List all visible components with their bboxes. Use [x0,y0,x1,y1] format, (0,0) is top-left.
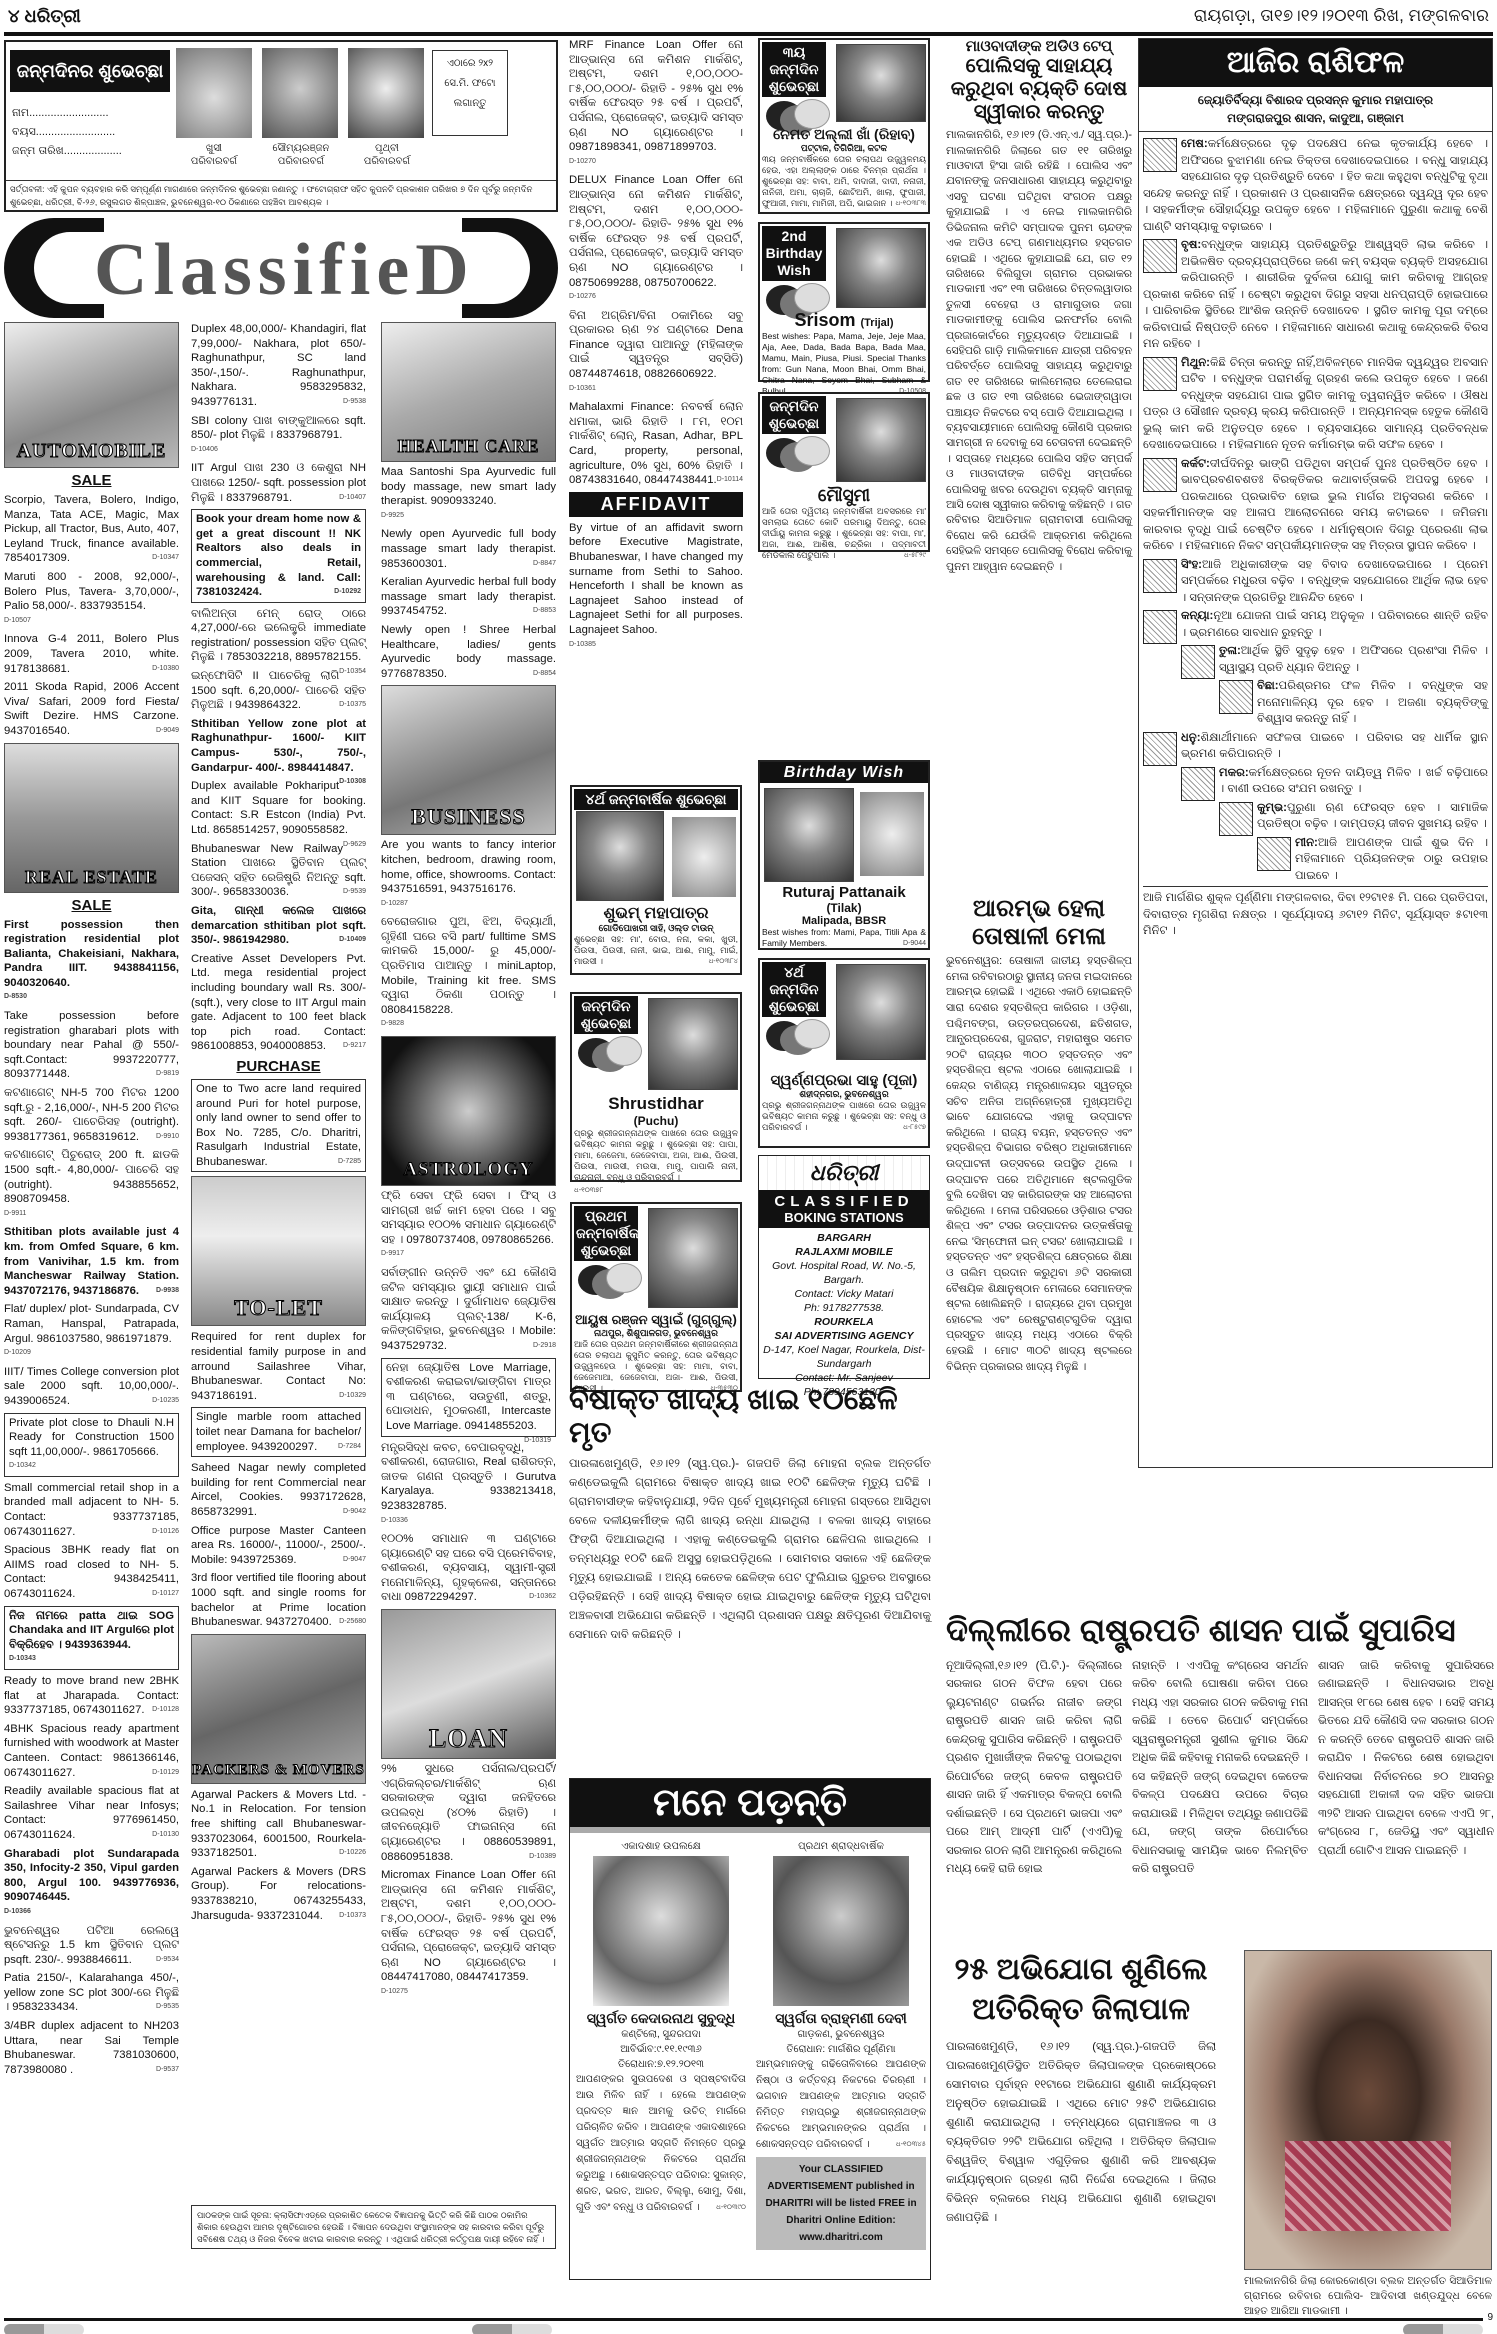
classified-ad: ନିଜ ନାମରେ patta ଥାଇ SOG Chandaka and IIT… [4,1606,179,1670]
classified-ad: MRF Finance Loan Offer ନୋ ଆଡ୍ଭାନ୍ସ ନୋ କମ… [569,38,743,169]
news-adm: ୨୫ ଅଭିଯୋଗ ଶୁଣିଲେ ଅତିରିକ୍ତ ଜିଲାପାଳ ପାରଳାଖ… [946,1950,1216,2228]
wish-nickname: (Tilak) [762,901,926,915]
business-ads: Are you wants to fancy interior kitchen,… [381,838,556,1032]
classified-ad: Keralian Ayurvedic herbal full body mass… [381,575,556,619]
coupon-dob-field[interactable]: ଜନ୍ମ ତାରିଖ................... [12,142,122,161]
horoscope-taurus: ବୃଷ:ବନ୍ଧୁଙ୍କ ସାହାଯ୍ୟ ପ୍ରତିଶ୍ରୁତିରୁ ଆଶ୍ୱସ… [1143,237,1488,353]
affidavit-heading: AFFIDAVIT [569,492,743,517]
finance-ads: MRF Finance Loan Offer ନୋ ଆଡ୍ଭାନ୍ସ ନୋ କମ… [569,38,743,488]
wish-place: ଶହୀଦ୍‌ନଗର, ଭୁବନେଶ୍ୱର [762,1089,926,1100]
news-delhi: ଦିଲ୍ଲୀରେ ରାଷ୍ଟ୍ରପତି ଶାସନ ପାଇଁ ସୁପାରିସ ନୂ… [946,1612,1494,1879]
wish-name: Shrustidhar [574,1094,738,1114]
wish-message: ଶୁଭେଚ୍ଛା ସହ: ମା', ବୋଉ, ନନା, କକା, ଖୁଡୀ, ପ… [574,934,738,967]
horoscope-cancer: କର୍କଟ:ଦୀର୍ଘଦିନରୁ ଭାଙ୍ଗି ପଡିଥିବା ସମ୍ପର୍କ … [1143,456,1488,555]
classified-ad: Are you wants to fancy interior kitchen,… [381,838,556,911]
astrology-image: ASTROLOGY [381,1036,556,1186]
classified-ad: ମନ୍ତ୍ରସିଦ୍ଧ କବଚ, ବେପାରବୃଦ୍ଧି, ବଶୀକରଣ, ରୋ… [381,1441,556,1529]
classified-ad: Book your dream home now & get a great d… [191,509,366,603]
footer-rule [4,2318,1483,2321]
reader-notice: ପାଠକଙ୍କ ପାଇଁ ସୂଚନା: କ୍ଲାସିଫାଏଡ୍‌ରେ ପ୍ରକା… [191,2205,556,2249]
classified-ad: Small commercial retail shop in a brande… [4,1481,179,1539]
column-automobile-realestate: AUTOMOBILE SALE Scorpio, Tavera, Bolero,… [4,322,179,2081]
horoscope-list: ମେଷ:କର୍ମକ୍ଷେତ୍ରରେ ଦୃଢ଼ ପଦକ୍ଷେପ ନେଇ କୃତକା… [1139,132,1492,946]
classified-ad: 4BHK Spacious ready apartment furnished … [4,1722,179,1780]
wish-message: ୩ୟ ଜନ୍ମବାର୍ଷିକରେ ତୋର ଚଲାପଥ ଉଜ୍ଜ୍ୱଳମୟ ହେଉ… [762,154,926,209]
classified-ad: Sthitiban Yellow zone plot at Raghunathp… [191,717,366,775]
coupon-photo-1 [176,48,252,138]
packers-image: PACKERS & MOVERS [191,1634,366,1784]
purchase-heading: PURCHASE [191,1058,366,1075]
child-photo [836,44,926,122]
realestate-image: REAL ESTATE [4,743,179,893]
wish-card-shrustidhar: ଜନ୍ମଦିନ ଶୁଭେଚ୍ଛା Shrustidhar (Puchu) ପ୍ର… [570,992,742,1182]
footer-pill-right [1403,2324,1483,2334]
child-photo [648,1208,738,1308]
news-headline: ପୋଲିସକୁ ସାହାଯ୍ୟ କରୁଥିବା ବ୍ୟକ୍ତି ଦୋଷ ସ୍ୱୀ… [946,55,1132,124]
healthcare-image: HEALTH CARE [381,322,556,462]
obit-born: ଆବିର୍ଭାବ:୯.୧୧.୧୯୩୬ [576,2042,746,2057]
classified-ad: 3rd floor vertified tile flooring about … [191,1571,366,1629]
child-photo [836,964,926,1060]
obituary-title: ମନେ ପଡ଼ନ୍ତି [570,1779,930,1833]
wish-tag: ୪ର୍ଥ ଜନ୍ମଦିନ ଶୁଭେଚ୍ଛା [762,962,826,1017]
wish-place: Malipada, BBSR [762,915,926,927]
photo-caption: ମାଲକାନଗିରି ଜିଲା କୋରକୋଣ୍ଡା ବ୍ଲକ ଅନ୍ତର୍ଗତ … [1244,2274,1492,2319]
child-photo [764,788,854,882]
wish-card-nemat: ୩ୟ ଜନ୍ମଦିନ ଶୁଭେଚ୍ଛା ନେମତ ଅଲ୍ଲୀ ଖାଁ (ରିହା… [758,38,930,214]
classified-ad: Private plot close to Dhauli N.H Ready f… [4,1413,179,1477]
classified-ad: Readily available spacious flat at Saila… [4,1784,179,1842]
classified-ad: Duplex 48,00,000/- Khandagiri, flat 7,99… [191,322,366,410]
booking-subtitle: BOKING STATIONS [759,1210,929,1228]
classified-ad: Patia 2150/-, Kalarahanga 450/-, yellow … [4,1971,179,2015]
horoscope-sagittarius: ଧନୁ:ଶିକ୍ଷାର୍ଥୀମାନେ ସଫଳତା ପାଇବେ । ପରିବାର … [1143,730,1488,763]
horoscope-pisces: ମୀନ:ଆଜି ଆପଣଙ୍କ ପାଇଁ ଶୁଭ ଦିନ । ମହିଳାମାନେ … [1143,835,1488,885]
wish-tag: ୩ୟ ଜନ୍ମଦିନ ଶୁଭେଚ୍ଛା [762,42,826,97]
booking-title: CLASSIFIED [759,1190,929,1210]
child-photo [648,998,738,1090]
classified-banner: ClassifieD [4,218,558,318]
classified-ad: Ready to move brand new 2BHK flat at Jha… [4,1674,179,1718]
coupon-terms: ସର୍ତ୍ତାବଳୀ: ଏହି କୁପନ ବ୍ୟବହାର କରି ସମ୍ପୂର୍… [6,180,556,211]
wish-place: ଗୋଡିପୋଖରୀ ସାହି, ଓଲ୍ଡ ଟାଉନ୍ [574,923,738,934]
wish-card-ruturaj: Birthday Wish Ruturaj Pattanaik (Tilak) … [758,760,930,950]
photo-3-name: ପୃଥ୍ବୀ [342,142,432,155]
classified-ad: ବାଲିଅନ୍ତା ମେନ୍ ରୋଡ୍ ଠାରେ 4,27,000/-ରେ ଇଲ… [191,607,366,665]
coupon-photo-2 [262,48,338,138]
obituary-box: ମନେ ପଡ଼ନ୍ତି ଏକାଦଶାହ ଉପଲକ୍ଷେ ସ୍ୱର୍ଗତ କେଦା… [569,1778,931,2280]
horoscope-libra: ତୁଳା:ଆର୍ଥିକ ସ୍ଥିତି ସୁଦୃଢ଼ ହେବ । ଅଫିସରେ ପ… [1143,643,1488,676]
classified-ad: Single marble room attached toilet near … [191,1407,366,1457]
wish-card-ayush: ପ୍ରଥମ ଜନ୍ମବାର୍ଷିକ ଶୁଭେଚ୍ଛା ଆୟୁଷ ରଞ୍ଜନ ସ୍… [570,1202,742,1392]
aquarius-icon [1219,802,1253,836]
obit-died: ତିରୋଧାନ:୭.୧୨.୨୦୧୩ [576,2057,746,2072]
coupon-fields: ନାମ.......................... ବୟସ.......… [12,104,122,161]
wish-message: Best wishes from: Mami, Papa, Titili Apa… [762,927,926,949]
wish-name: Srisom [794,310,855,330]
realestate-ads: First possession then registration resid… [4,918,179,2078]
classified-ad: କଟଣାଗେଟ୍ NH-5 700 ମିଟର 1200 sqft.ରୁ - 2,… [4,1086,179,1144]
loan-ads: ୨% ସୁଧରେ ପର୍ସନାଲ/ପ୍ରପର୍ଟି/ ଏଗ୍ରିକଲ୍ଚର/ମା… [381,1762,556,2000]
wish-card-srisom: 2nd Birthday Wish Srisom (Trijal) Best w… [758,222,930,382]
classified-ad: ସର୍ବାଙ୍ଗୀନ ଉନ୍ନତି ଏବଂ ଯେ କୌଣସି ଜଟିଳ ସମସ୍… [381,1266,556,1354]
wish-nickname: (Puchu) [574,1114,738,1128]
obit-occasion: ଏକାଦଶାହ ଉପଲକ୍ଷେ [576,1841,746,1852]
wish-name: ଶୁଭମ୍ ମହାପାତ୍ର [574,905,738,923]
classified-ad: Scorpio, Tavera, Bolero, Indigo, Manza, … [4,493,179,566]
obit-photo [593,1856,729,2006]
rashifal-title: ଆଜିର ରାଶିଫଳ [1139,39,1492,87]
wish-name: ଆୟୁଷ ରଞ୍ଜନ ସ୍ୱାଇଁ (ଗୁଗ୍ଗୁଲ୍) [574,1312,738,1328]
obit-occasion: ପ୍ରଥମ ଶ୍ରାଦ୍ଧବାର୍ଷିକ [756,1841,926,1852]
classified-ad: First possession then registration resid… [4,918,179,1006]
business-image: BUSINESS [381,685,556,835]
astrology-ads: ଫ୍ରି ସେବା ଫ୍ରି ସେବା । ଫିସ୍ ଓ ସାମଗ୍ରୀ ଖର୍… [381,1189,556,1605]
obit-name: ସ୍ୱର୍ଗତା ବ୍ରାହ୍ମଣୀ ଦେବୀ [756,2010,926,2027]
classified-ad: Office purpose Master Canteen area Rs. 1… [191,1524,366,1568]
booking-stations: ଧରିତ୍ରୀ CLASSIFIED BOKING STATIONS BARGA… [758,1155,930,1379]
classified-ad: SBI colony ପାଖ ବାଙ୍କୁଆଳରେ sqft. 850/- pl… [191,414,366,458]
classified-ad: IIIT/ Times College conversion plot sale… [4,1365,179,1409]
obit-photo [773,1856,909,2006]
station-contact: Contact: Vicky Matari [759,1287,929,1301]
column-health-business-astro-loan: HEALTH CARE Maa Santoshi Spa Ayurvedic f… [381,322,556,2004]
auto-ads: Scorpio, Tavera, Bolero, Indigo, Manza, … [4,493,179,739]
scorpio-icon [1219,680,1253,714]
station-name: SAI ADVERTISING AGENCY [759,1329,929,1343]
wish-name: ସ୍ୱର୍ଣ୍ଣପ୍ରଭା ସାହୁ (ପୂଜା) [762,1072,926,1089]
station-phone[interactable]: Ph: 9178277538. [759,1301,929,1315]
horoscope-scorpio: ବିଛା:ପରିଶ୍ରମର ଫଳ ମିଳିବ । ବନ୍ଧୁଙ୍କ ସହ ମନୋ… [1143,678,1488,728]
photo-3-family: ପରିବାରବର୍ଗ [342,155,432,168]
classified-ad: Gita, ଗାନ୍ଧୀ କଲେଜ ପାଖରେ demarcation sthi… [191,904,366,948]
news-kicker: ମାଓବାଦୀଙ୍କ ଅଡିଓ ଟେପ୍ [946,38,1132,55]
news-toshali: ଆରମ୍ଭ ହେଲା ତୋଷାଳୀ ମେଳା ଭୁବନେଶ୍ୱର: ତୋଷାଳୀ… [946,895,1132,1375]
horoscope-aries: ମେଷ:କର୍ମକ୍ଷେତ୍ରରେ ଦୃଢ଼ ପଦକ୍ଷେପ ନେଇ କୃତକା… [1143,136,1488,235]
news-body-col-1: ନୂଆଦିଲ୍ଲୀ,୧୬।୧୨ (ପି.ଟି.)- ଦିଲ୍ଲୀରେ ସରକାର… [946,1657,1122,1879]
station-contact: Contact: Mr. Sanjeev [759,1371,929,1385]
coupon-name-field[interactable]: ନାମ.......................... [12,104,122,123]
classified-ad: Agarwal Packers & Movers Ltd. - No.1 in … [191,1788,366,1861]
wish-card-mousumi: ଜନ୍ମଦିନ ଶୁଭେଚ୍ଛା ମୌସୁମୀ ଆଜି ତୋର ଦ୍ୱିତୀୟ … [758,392,930,552]
column-property-tolet: Duplex 48,00,000/- Khandagiri, flat 7,99… [191,322,366,1927]
photo-1-family: ପରିବାରବର୍ଗ [171,155,257,168]
classified-ad: Mahalaxmi Finance: ନବବର୍ଷ ଲୋନ ଧମାକା, ଭାର… [569,400,743,488]
classified-ad: Flat/ duplex/ plot- Sundarpada, CV Raman… [4,1302,179,1360]
classified-ad: ବେରୋଜଗାର ପୁଅ, ଝିଅ, ବିଦ୍ୟାର୍ଥୀ, ଗୃହିଣୀ ଘର… [381,915,556,1032]
obit-name: ସ୍ୱର୍ଗତ କେଦାରନାଥ ସୁବୁଦ୍ଧି [576,2010,746,2027]
gemini-icon [1143,357,1177,391]
classified-ad: Maruti 800 - 2008, 92,000/-, Bolero Plus… [4,570,179,628]
classified-ad: Sthitiban plots available just 4 km. fro… [4,1225,179,1298]
affidavit-ad: By virtue of an affidavit sworn before E… [569,521,743,652]
wish-tag: ୪ର୍ଥ ଜନ୍ମବାର୍ଷିକ ଶୁଭେଚ୍ଛା [574,789,738,810]
wish-name: ନେମତ ଅଲ୍ଲୀ ଖାଁ (ରିହାବ୍) [762,126,926,143]
child-photo [576,811,664,901]
station-name: RAJLAXMI MOBILE [759,1245,929,1259]
wish-place: ନାଥପୁର, ଶିଶୁପାଳଗଡ, ଭୁବନେଶ୍ୱର [574,1328,738,1339]
classified-ad: ୨% ସୁଧରେ ପର୍ସନାଲ/ପ୍ରପର୍ଟି/ ଏଗ୍ରିକଲ୍ଚର/ମା… [381,1762,556,1864]
wish-nickname: (Trijal) [861,317,894,329]
wish-tag: ପ୍ରଥମ ଜନ୍ମବାର୍ଷିକ ଶୁଭେଚ୍ଛା [574,1206,638,1261]
column-finance-affidavit: MRF Finance Loan Offer ନୋ ଆଡ୍ଭାନ୍ସ ନୋ କମ… [569,38,743,652]
news-photo-injured-man [1244,1950,1492,2270]
obit-place: କଣ୍ଟିଲୋ, ସୁନ୍ଦରପଦା [576,2027,746,2042]
classified-ad: Spacious 3BHK ready flat on AIIMS road c… [4,1543,179,1601]
wish-tag: Birthday Wish [760,762,928,783]
taurus-icon [1143,239,1177,273]
classified-ad: 3/4BR duplex adjacent to NH203 Uttara, n… [4,2019,179,2077]
station-address: Govt. Hospital Road, W. No.-5, Bargarh. [759,1259,929,1287]
classified-ad: ଭୁବନେଶ୍ୱର ପଟିଆ ରେଲୱେ ଷ୍ଟେସନରୁ 1.5 km ସ୍ଥ… [4,1924,179,1968]
wish-message: ପ୍ରଭୁ ଶ୍ରୀଜଗନ୍ନାଥଙ୍କ ପାଖରେ ତୋର ଉଜ୍ଜ୍ୱଳ ଭ… [574,1128,738,1183]
footer-pill-left [4,2324,84,2334]
tolet-ads: Required for rent duplex for residential… [191,1330,366,1629]
wish-place: ପଟ୍ଟାଳ, ତିଗିରିଆ, କଟକ [762,143,926,154]
sale-heading-2: SALE [4,897,179,914]
libra-icon [1181,645,1215,679]
pisces-icon [1257,837,1291,871]
horoscope-aquarius: କୁମ୍ଭ:ପୁରୁଣା ଋଣ ଫେରସ୍ତ ହେବ । ସାମାଜିକ ପ୍ର… [1143,800,1488,833]
wish-card-swarna: ୪ର୍ଥ ଜନ୍ମଦିନ ଶୁଭେଚ୍ଛା ସ୍ୱର୍ଣ୍ଣପ୍ରଭା ସାହୁ… [758,958,930,1148]
classified-ad: ୧୦୦% ସମାଧାନ ୩ ଘଣ୍ଟାରେ ଗ୍ୟାରେଣ୍ଟି ସହ ଘରେ … [381,1532,556,1605]
news-body: ଭୁବନେଶ୍ୱର: ତୋଷାଳୀ ଜାତୀୟ ହସ୍ତଶିଳ୍ପ ମେଳା ର… [946,954,1132,1375]
capricorn-icon [1181,767,1215,801]
wish-tag: ଜନ୍ମଦିନ ଶୁଭେଚ୍ଛା [574,996,638,1034]
flower-image [672,817,736,897]
obit-message: ଆପଣଙ୍କର ସୁଉପଦେଶ ଓ ସ୍ପଷ୍ଟବାଦିତା ଆଉ ମିଳିବ … [576,2072,746,2216]
news-goats: ବିଷାକ୍ତ ଖାଦ୍ୟ ଖାଇ ୧୦ଛେଳି ମୃତ ପାରଳାଖେମୁଣ୍… [569,1384,931,1645]
page-label: ୪ ଧରିତ୍ରୀ [8,6,81,27]
wish-message: ପ୍ରଭୁ ଶ୍ରୀଜଗନ୍ନାଥଙ୍କ ପାଖରେ ତୋର ଉଜ୍ଜ୍ୱଳ ଭ… [762,1100,926,1133]
station-city: BARGARH [759,1231,929,1245]
classified-title: ClassifieD [94,228,468,312]
horoscope-gemini: ମିଥୁନ:କିଛି ଚିନ୍ତା କରନ୍ତୁ ନାହିଁ,ଅବିଳମ୍ବେ … [1143,355,1488,454]
wish-name: ମୌସୁମୀ [762,486,926,506]
leo-icon [1143,559,1177,593]
wish-message: Best wishes: Papa, Mama, Jeje, Jeje Maa,… [762,331,926,397]
obit-place: ଗାଡ଼କଣ, ଭୁବନେଶ୍ୱର [756,2027,926,2042]
tolet-image: TO-LET [191,1176,366,1326]
classified-ad: DELUX Finance Loan Offer ନୋ ଆଡ୍ଭାନ୍ସ ନୋ … [569,173,743,304]
child-photo [836,228,926,308]
coupon-age-field[interactable]: ବୟସ.......................... [12,123,122,142]
obit-message: ଆମ୍ଭମାନଙ୍କୁ ଗଢିତୋଳିବାରେ ଆପଣଙ୍କ ନିଷ୍ଠା ଓ … [756,2057,926,2153]
virgo-icon [1143,610,1177,644]
obit-died: ତିରୋଧାନ: ମାର୍ଗଶିର ପୂର୍ଣ୍ଣିମା [756,2042,926,2057]
news-body: ପାରଳାଖେମୁଣ୍ଡି, ୧୬।୧୨ (ସ୍ୱ.ପ୍ର.)-ଗଜପତି ଜି… [946,2038,1216,2228]
cancer-icon [1143,458,1177,492]
online-edition-promo: Your CLASSIFIED ADVERTISEMENT published … [756,2157,926,2250]
classified-ad: Micromax Finance Loan Offer ନୋ ଆଡ୍ଭାନ୍ସ … [381,1868,556,1999]
birthday-coupon: ଜନ୍ମଦିନର ଶୁଭେଚ୍ଛା ନାମ...................… [4,40,558,212]
wish-tag: ଜନ୍ମଦିନ ଶୁଭେଚ୍ଛା [762,396,826,434]
flower-image [860,792,924,876]
wish-message: ଆଜି ତୋର ଦ୍ୱିତୀୟ ଜନ୍ମବାର୍ଷିକୀ ଅବସରରେ ମା' … [762,506,926,561]
classified-ad: ଫ୍ରି ସେବା ଫ୍ରି ସେବା । ଫିସ୍ ଓ ସାମଗ୍ରୀ ଖର୍… [381,1189,556,1262]
page-number: 9 [1487,2312,1493,2323]
sale-heading: SALE [4,472,179,489]
sagittarius-icon [1143,732,1177,766]
horoscope-capricorn: ମକର:କର୍ମକ୍ଷେତ୍ରରେ ନୂତନ ଦାୟିତ୍ୱ ମିଳିବ । ଖ… [1143,765,1488,798]
header-rule [4,32,1493,36]
property-ads: Duplex 48,00,000/- Khandagiri, flat 7,99… [191,322,366,1054]
wish-name: Ruturaj Pattanaik [762,884,926,901]
classified-ad: Required for rent duplex for residential… [191,1330,366,1403]
photo-slot[interactable]: ଏଠାରେ ୨x୨ ସେ.ମି. ଫଟୋ ଲଗାନ୍ତୁ [432,50,508,136]
classified-ad: Newly open Ayurvedic full body massage s… [381,527,556,571]
wish-code: ଧ-୧୦୩୭୮ [574,1187,603,1195]
news-maoist: ମାଓବାଦୀଙ୍କ ଅଡିଓ ଟେପ୍ ପୋଲିସକୁ ସାହାଯ୍ୟ କରୁ… [946,38,1132,575]
station-address: D-147, Koel Nagar, Rourkela, Dist- Sunda… [759,1343,929,1371]
astrologer-name: ଜ୍ୟୋତିର୍ବିଦ୍ୟା ବିଶାରଦ ପ୍ରସନ୍ନ କୁମାର ମହାପ… [1139,91,1492,109]
news-body-col-3: ଶାସନ ଜାରି କରିବାକୁ ସୁପାରିସରେ ଜଣାଇଛନ୍ତି । … [1318,1657,1494,1879]
news-headline: ୨୫ ଅଭିଯୋଗ ଶୁଣିଲେ ଅତିରିକ୍ତ ଜିଲାପାଳ [946,1950,1216,2030]
classified-ad: Creative Asset Developers Pvt. Ltd. mega… [191,952,366,1054]
footer-pill-center [472,2324,552,2334]
astrologer-address: ମଙ୍ଗରାଜପୁର ଶାସନ, କାଦୁଆ, ଗଞ୍ଜାମ [1139,109,1492,127]
health-ads: Maa Santoshi Spa Ayurvedic full body mas… [381,465,556,681]
purchase-ad: One to Two acre land required around Pur… [191,1079,366,1173]
coupon-title: ଜନ୍ମଦିନର ଶୁଭେଚ୍ଛା [10,50,170,92]
classified-ad: IIT Argul ପାଖ 230 ଓ କେଶୁରା NH ପାଖରେ 1250… [191,461,366,505]
classified-ad: Agarwal Packers & Movers (DRS Group). Fo… [191,1865,366,1923]
rashifal-box: ଆଜିର ରାଶିଫଳ ଜ୍ୟୋତିର୍ବିଦ୍ୟା ବିଶାରଦ ପ୍ରସନ୍… [1138,38,1493,1468]
classified-ad: Innova G-4 2011, Bolero Plus 2009, Taver… [4,632,179,676]
news-body-col-2: ନାହାନ୍ତି । ଏଏପିକୁ କଂଗ୍ରେସ ସମର୍ଥନ କରିବ ବୋ… [1132,1657,1308,1879]
photo-2-name: ସୌମ୍ୟରଞ୍ଜନ [256,142,346,155]
classified-ad: ନେହା ଜ୍ୟୋତିଷ Love Marriage, ବଶୀକରଣ କରାଇବ… [381,1358,556,1437]
news-headline: ଦିଲ୍ଲୀରେ ରାଷ୍ଟ୍ରପତି ଶାସନ ପାଇଁ ସୁପାରିସ [946,1612,1494,1649]
classified-ad: Saheed Nagar newly completed building fo… [191,1461,366,1519]
automobile-image: AUTOMOBILE [4,322,179,468]
classified-ad: Take possession before registration ghar… [4,1009,179,1082]
station-city: ROURKELA [759,1315,929,1329]
classified-ad: 2011 Skoda Rapid, 2006 Accent Viva/ Safa… [4,680,179,738]
wish-card-shubham: ୪ର୍ଥ ଜନ୍ମବାର୍ଷିକ ଶୁଭେଚ୍ଛା ଶୁଭମ୍ ମହାପାତ୍ର… [570,785,742,975]
panchang: ଆଜି ମାର୍ଗଶିର ଶୁକ୍ଳ ପୂର୍ଣ୍ଣିମା ମଙ୍ଗଳବାର, … [1143,886,1488,940]
photo-2-family: ପରିବାରବର୍ଗ [256,155,346,168]
horoscope-leo: ସିଂହ:ଆଜି ଅଧିକାରୀଙ୍କ ସହ ବିବାଦ ଦେଖାଦେଇପାରେ… [1143,557,1488,607]
coupon-photo-3 [348,48,424,138]
news-headline: ବିଷାକ୍ତ ଖାଦ୍ୟ ଖାଇ ୧୦ଛେଳି ମୃତ [569,1384,931,1451]
photo-1-name: ଖୁସୀ [171,142,257,155]
horoscope-virgo: କନ୍ୟା:ନୂଆ ଯୋଜନା ପାଇଁ ସମୟ ଅନୁକୂଳ । ପରିବାର… [1143,608,1488,641]
classified-ad: ବିନା ଅଗ୍ରିମ/ବିନା ଠକାମିରେ ସବୁ ପ୍ରକାରର ଋଣ … [569,309,743,397]
loan-image: LOAN [381,1609,556,1759]
child-photo [836,398,926,482]
packers-ads: Agarwal Packers & Movers Ltd. - No.1 in … [191,1788,366,1923]
classified-ad: Bhubaneswar New Railway Station ପାଖରେ ସ୍… [191,842,366,900]
news-headline: ଆରମ୍ଭ ହେଲା ତୋଷାଳୀ ମେଳା [946,895,1132,950]
classified-ad: Gharabadi plot Sundarapada 350, Infocity… [4,1847,179,1920]
dateline: ରାୟଗଡ଼ା, ତା୧୭।୧୨।୨୦୧୩ ରିଖ, ମଙ୍ଗଳବାର [1194,6,1489,26]
news-body: ପାରଳାଖେମୁଣ୍ଡି, ୧୬।୧୨ (ସ୍ୱ.ପ୍ର.)- ଗଜପତି ଜ… [569,1455,931,1645]
dharitri-logo: ଧରିତ୍ରୀ [759,1156,929,1190]
aries-icon [1143,138,1177,172]
classified-ad: କଟଣାଗେଟ୍ ପିଚୁରୋଡ୍ 200 ft. ଛାଡକି 1500 sqf… [4,1148,179,1221]
wish-tag: 2nd Birthday Wish [762,226,826,281]
classified-ad: Newly open ! Shree Herbal Healthcare, la… [381,623,556,681]
news-body: ମାଲକାନଗିରି, ୧୬।୧୨ (ଡି.ଏନ୍.ଏ./ ସ୍ୱ.ପ୍ର.)-… [946,128,1132,575]
classified-ad: Maa Santoshi Spa Ayurvedic full body mas… [381,465,556,523]
